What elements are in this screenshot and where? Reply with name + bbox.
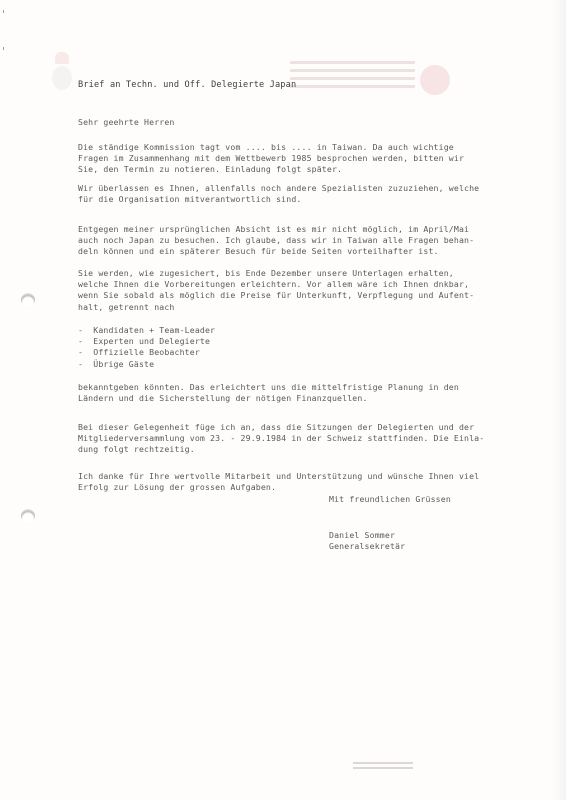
paragraph: Entgegen meiner ursprünglichen Absicht i…: [78, 224, 474, 258]
footer-bleedthrough: [353, 762, 413, 772]
paragraph: Bei dieser Gelegenheit füge ich an, dass…: [78, 422, 484, 456]
paragraph: Die ständige Kommission tagt vom .... bi…: [78, 142, 464, 176]
paragraph: Wir überlassen es Ihnen, allenfalls noch…: [78, 183, 479, 205]
letterhead-bleedthrough: [290, 61, 415, 93]
paragraph: bekanntgeben könnten. Das erleichtert un…: [78, 382, 459, 404]
closing: Mit freundlichen Grüssen: [329, 494, 451, 505]
paragraph: Ich danke für Ihre wertvolle Mitarbeit u…: [78, 471, 479, 493]
letter-subject: Brief an Techn. und Off. Delegierte Japa…: [78, 80, 296, 91]
signature-block: Daniel Sommer Generalsekretär: [329, 530, 405, 552]
letterhead-emblem-icon: [52, 52, 72, 100]
letterhead-seal-icon: [420, 65, 450, 95]
margin-mark: [3, 47, 4, 50]
salutation: Sehr geehrte Herren: [78, 117, 175, 128]
guest-category-list: - Kandidaten + Team-Leader - Experten un…: [78, 325, 215, 370]
margin-mark: [3, 10, 4, 13]
punch-hole: [21, 293, 35, 307]
letter-page: Brief an Techn. und Off. Delegierte Japa…: [0, 0, 566, 800]
punch-hole: [21, 509, 35, 523]
page-edge-shadow: [552, 0, 566, 800]
paragraph: Sie werden, wie zugesichert, bis Ende De…: [78, 268, 474, 313]
